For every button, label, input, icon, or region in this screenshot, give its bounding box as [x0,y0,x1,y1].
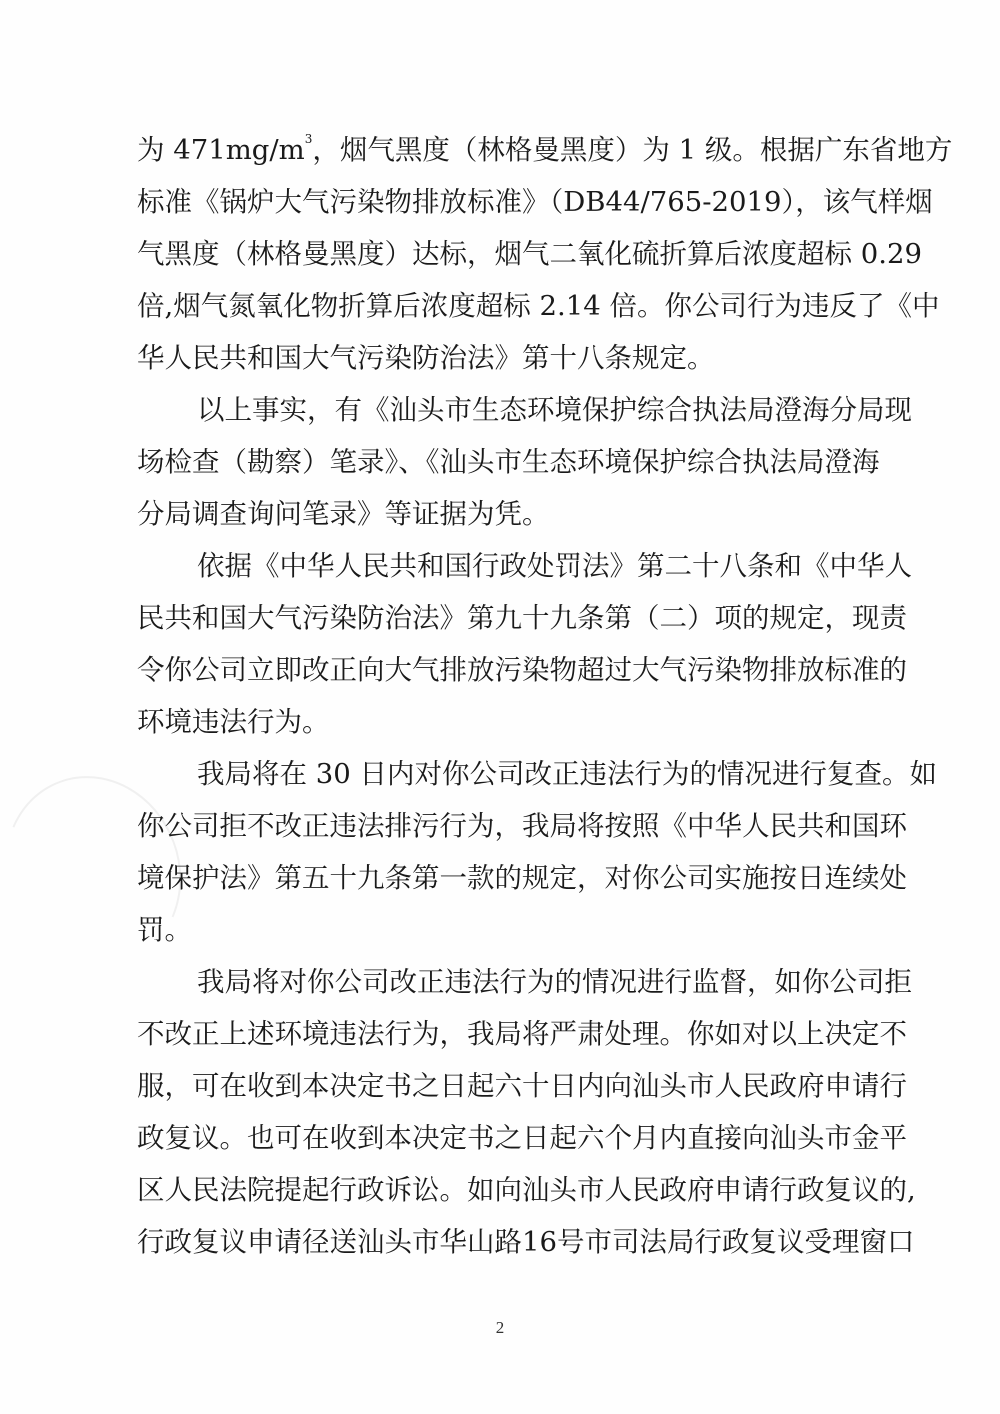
body-line-18: 服，可在收到本决定书之日起六十日内向汕头市人民政府申请行 [137,1060,879,1112]
line-0-text-pre: 为 471mg/m [137,134,305,166]
paragraph-evidence-line-5: 以上事实，有《汕头市生态环境保护综合执法局澄海分局现 [137,384,879,436]
body-line-6: 场检查（勘察）笔录》、《汕头市生态环境保护综合执法局澄海 [137,436,879,488]
body-line-21: 行政复议申请径送汕头市华山路16号市司法局行政复议受理窗口 [137,1216,879,1268]
body-line-2: 气黑度（林格曼黑度）达标，烟气二氧化硫折算后浓度超标 0.29 [137,228,879,280]
body-line-17: 不改正上述环境违法行为，我局将严肃处理。你如对以上决定不 [137,1008,879,1060]
body-line-11: 环境违法行为。 [137,696,879,748]
body-line-1: 标准《锅炉大气污染物排放标准》（DB44/765-2019），该气样烟 [137,176,879,228]
body-line-19: 政复议。也可在收到本决定书之日起六个月内直接向汕头市金平 [137,1112,879,1164]
paragraph-legal-basis-line-8: 依据《中华人民共和国行政处罚法》第二十八条和《中华人 [137,540,879,592]
paragraph-appeal-line-16: 我局将对你公司改正违法行为的情况进行监督，如你公司拒 [137,956,879,1008]
paragraph-review-line-12: 我局将在 30 日内对你公司改正违法行为的情况进行复查。如 [137,748,879,800]
body-line-9: 民共和国大气污染防治法》第九十九条第（二）项的规定，现责 [137,592,879,644]
body-line-20: 区人民法院提起行政诉讼。如向汕头市人民政府申请行政复议的, [137,1164,879,1216]
document-page: 为 471mg/m3，烟气黑度（林格曼黑度）为 1 级。根据广东省地方 标准《锅… [0,0,1000,1414]
body-line-0: 为 471mg/m3，烟气黑度（林格曼黑度）为 1 级。根据广东省地方 [137,124,879,176]
body-line-4: 华人民共和国大气污染防治法》第十八条规定。 [137,332,879,384]
body-line-13: 你公司拒不改正违法排污行为，我局将按照《中华人民共和国环 [137,800,879,852]
body-line-7: 分局调查询问笔录》等证据为凭。 [137,488,879,540]
line-0-text-post: ，烟气黑度（林格曼黑度）为 1 级。根据广东省地方 [312,134,952,166]
body-line-15: 罚。 [137,904,879,956]
body-line-3: 倍,烟气氮氧化物折算后浓度超标 2.14 倍。你公司行为违反了《中 [137,280,879,332]
document-body: 为 471mg/m3，烟气黑度（林格曼黑度）为 1 级。根据广东省地方 标准《锅… [137,124,879,1268]
body-line-14: 境保护法》第五十九条第一款的规定，对你公司实施按日连续处 [137,852,879,904]
page-number: 2 [0,1318,1000,1338]
body-line-10: 令你公司立即改正向大气排放污染物超过大气污染物排放标准的 [137,644,879,696]
